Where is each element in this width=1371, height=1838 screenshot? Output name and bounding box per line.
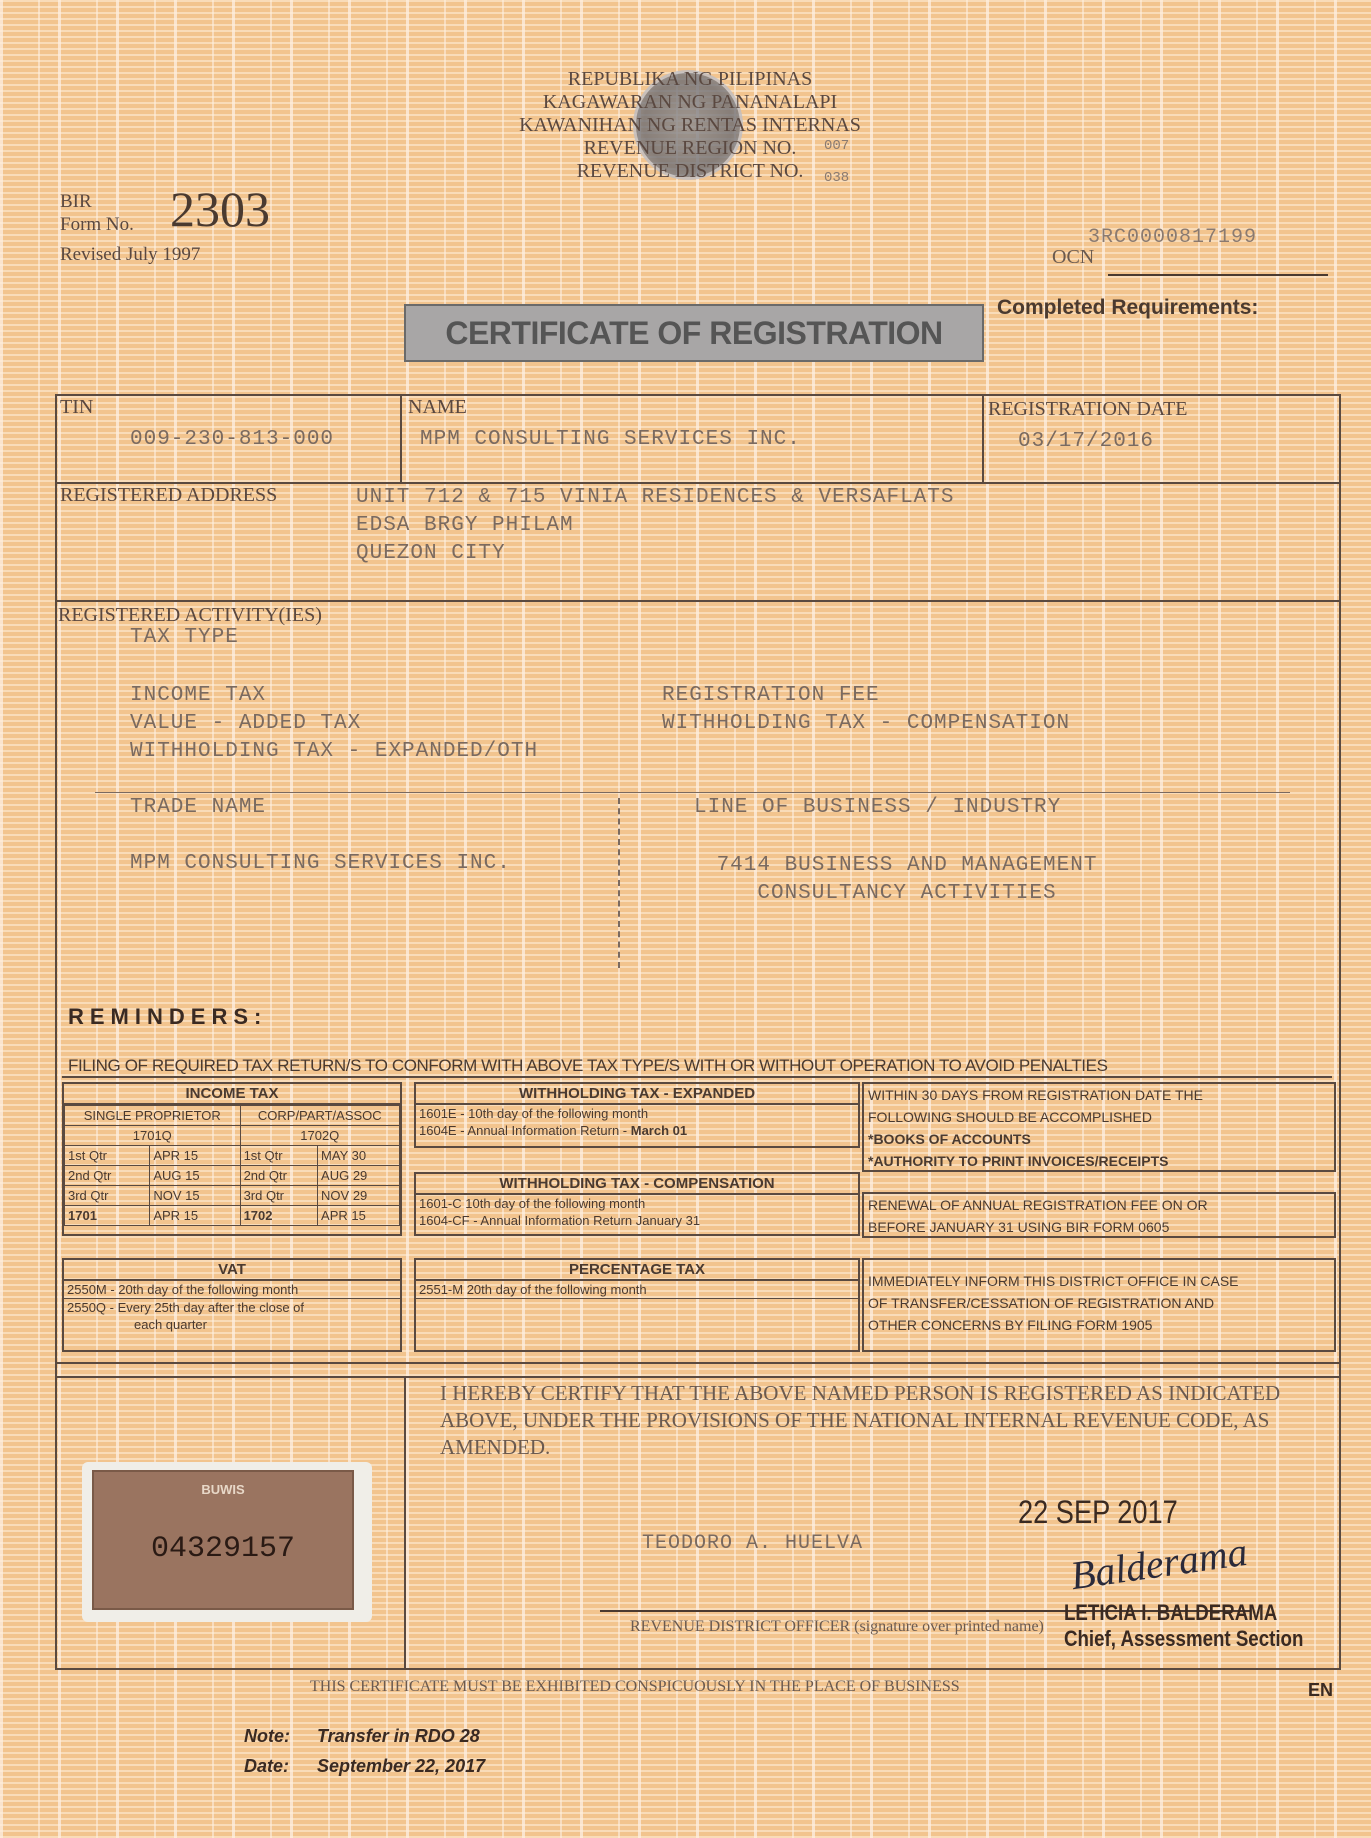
inform-line: IMMEDIATELY INFORM THIS DISTRICT OFFICE …	[864, 1270, 1334, 1292]
footer-code: EN	[1308, 1680, 1333, 1701]
vat-line: 2550M - 20th day of the following month	[64, 1281, 400, 1299]
officer-label: REVENUE DISTRICT OFFICER (signature over…	[630, 1618, 1044, 1636]
page-title: CERTIFICATE OF REGISTRATION	[445, 315, 942, 352]
divider	[55, 600, 1341, 602]
renewal-box: RENEWAL OF ANNUAL REGISTRATION FEE ON OR…	[862, 1192, 1336, 1238]
vat-box: VAT 2550M - 20th day of the following mo…	[62, 1258, 402, 1352]
tax-type-item: REGISTRATION FEE	[662, 682, 1070, 710]
header-line-5: REVENUE DISTRICT NO.	[440, 160, 940, 183]
registered-address-label: REGISTERED ADDRESS	[60, 484, 277, 507]
tin-value: 009-230-813-000	[130, 428, 334, 451]
wt-expanded-box: WITHHOLDING TAX - EXPANDED 1601E - 10th …	[414, 1082, 860, 1148]
date-value: September 22, 2017	[317, 1756, 485, 1777]
tax-type-item: WITHHOLDING TAX - EXPANDED/OTH	[130, 738, 538, 766]
stamp-icon: BUWIS 04329157	[92, 1470, 354, 1610]
cell: NOV 15	[150, 1186, 240, 1206]
registration-date-value: 03/17/2016	[1018, 430, 1154, 453]
table-row: 1701 APR 15 1702 APR 15	[65, 1206, 400, 1226]
stamp-header: BUWIS	[94, 1482, 352, 1497]
line-of-business-line: CONSULTANCY ACTIVITIES	[672, 880, 1142, 908]
col-head: SINGLE PROPRIETOR	[65, 1106, 241, 1126]
income-tax-table: SINGLE PROPRIETOR CORP/PART/ASSOC 1701Q …	[64, 1105, 400, 1226]
income-tax-box: INCOME TAX SINGLE PROPRIETOR CORP/PART/A…	[62, 1082, 402, 1236]
percentage-tax-title: PERCENTAGE TAX	[416, 1260, 858, 1281]
cell: 3rd Qtr	[65, 1186, 150, 1206]
revised-date: Revised July 1997	[60, 244, 200, 266]
divider	[982, 394, 984, 484]
col-head: CORP/PART/ASSOC	[240, 1106, 399, 1126]
percentage-tax-box: PERCENTAGE TAX 2551-M 20th day of the fo…	[414, 1258, 860, 1352]
within-30-days-box: WITHIN 30 DAYS FROM REGISTRATION DATE TH…	[862, 1082, 1336, 1172]
reminder-line: WITHIN 30 DAYS FROM REGISTRATION DATE TH…	[864, 1084, 1334, 1106]
wt-expanded-line: 1604E - Annual Information Return - Marc…	[416, 1122, 858, 1139]
reminder-line: *BOOKS OF ACCOUNTS	[864, 1128, 1334, 1150]
inform-line: OF TRANSFER/CESSATION OF REGISTRATION AN…	[864, 1292, 1334, 1314]
vat-line: each quarter	[64, 1316, 400, 1333]
bir-label: BIR	[60, 190, 134, 213]
cell: 1702	[240, 1206, 317, 1226]
agency-header: REPUBLIKA NG PILIPINAS KAGAWARAN NG PANA…	[440, 68, 940, 183]
note-value: Transfer in RDO 28	[317, 1726, 480, 1747]
address-line-3: QUEZON CITY	[356, 540, 955, 568]
registered-activities-label: REGISTERED ACTIVITY(IES)	[58, 604, 322, 627]
col-form: 1701Q	[65, 1126, 241, 1146]
col-form: 1702Q	[240, 1126, 399, 1146]
stamped-date: 22 SEP 2017	[1018, 1494, 1178, 1531]
cell: APR 15	[150, 1206, 240, 1226]
address-line-1: UNIT 712 & 715 VINIA RESIDENCES & VERSAF…	[356, 484, 955, 512]
note-label: Note:	[244, 1726, 290, 1747]
ocn-label: OCN	[1052, 246, 1094, 269]
ocn-underline	[1108, 274, 1328, 276]
divider	[400, 394, 402, 484]
header-line-2: KAGAWARAN NG PANANALAPI	[440, 91, 940, 114]
cell: 2nd Qtr	[65, 1166, 150, 1186]
line-of-business-value: 7414 BUSINESS AND MANAGEMENT CONSULTANCY…	[672, 852, 1142, 908]
form-number: 2303	[170, 180, 270, 238]
cell: 1st Qtr	[65, 1146, 150, 1166]
divider	[55, 1376, 1341, 1378]
cell: 3rd Qtr	[240, 1186, 317, 1206]
chief-name: LETICIA I. BALDERAMA	[1064, 1600, 1277, 1626]
divider	[95, 792, 1290, 793]
cell: AUG 29	[318, 1166, 400, 1186]
form-no-label: Form No.	[60, 213, 134, 236]
wt-compensation-box: WITHHOLDING TAX - COMPENSATION 1601-C 10…	[414, 1172, 860, 1236]
header-line-1: REPUBLIKA NG PILIPINAS	[440, 68, 940, 91]
tax-type-item: WITHHOLDING TAX - COMPENSATION	[662, 710, 1070, 738]
cell: 1701	[65, 1206, 150, 1226]
documentary-stamp: BUWIS 04329157	[82, 1462, 372, 1622]
wt-compensation-line: 1601-C 10th day of the following month	[416, 1195, 858, 1212]
tax-type-label: TAX TYPE	[130, 626, 239, 649]
tin-label: TIN	[60, 396, 93, 419]
chief-title: Chief, Assessment Section	[1064, 1626, 1303, 1652]
income-tax-title: INCOME TAX	[64, 1084, 400, 1105]
inform-box: IMMEDIATELY INFORM THIS DISTRICT OFFICE …	[862, 1258, 1336, 1352]
address-line-2: EDSA BRGY PHILAM	[356, 512, 955, 540]
renewal-line: BEFORE JANUARY 31 USING BIR FORM 0605	[864, 1216, 1334, 1238]
percentage-tax-line: 2551-M 20th day of the following month	[416, 1281, 858, 1299]
wt-expanded-line: 1601E - 10th day of the following month	[416, 1105, 858, 1122]
date-label: Date:	[244, 1756, 289, 1777]
reminder-line: FOLLOWING SHOULD BE ACCOMPLISHED	[864, 1106, 1334, 1128]
certification-text: I HEREBY CERTIFY THAT THE ABOVE NAMED PE…	[440, 1380, 1320, 1461]
divider	[62, 1076, 1332, 1078]
tax-types-right: REGISTRATION FEE WITHHOLDING TAX - COMPE…	[662, 682, 1070, 738]
tax-types-left: INCOME TAX VALUE - ADDED TAX WITHHOLDING…	[130, 682, 538, 766]
divider	[55, 1362, 1341, 1364]
cell: 1st Qtr	[240, 1146, 317, 1166]
exhibit-notice: THIS CERTIFICATE MUST BE EXHIBITED CONSP…	[310, 1678, 960, 1696]
vat-title: VAT	[64, 1260, 400, 1281]
renewal-line: RENEWAL OF ANNUAL REGISTRATION FEE ON OR	[864, 1194, 1334, 1216]
officer-name: TEODORO A. HUELVA	[642, 1532, 863, 1555]
tax-type-item: VALUE - ADDED TAX	[130, 710, 538, 738]
trade-name-label: TRADE NAME	[130, 796, 266, 819]
table-row: 1st Qtr APR 15 1st Qtr MAY 30	[65, 1146, 400, 1166]
trade-name-value: MPM CONSULTING SERVICES INC.	[130, 852, 511, 875]
stamp-number: 04329157	[94, 1532, 352, 1566]
wt-expanded-title: WITHHOLDING TAX - EXPANDED	[416, 1084, 858, 1105]
wt-compensation-line: 1604-CF - Annual Information Return Janu…	[416, 1212, 858, 1229]
cell: APR 15	[318, 1206, 400, 1226]
revenue-region-number: 007	[824, 138, 849, 154]
table-row: 3rd Qtr NOV 15 3rd Qtr NOV 29	[65, 1186, 400, 1206]
cell: 2nd Qtr	[240, 1166, 317, 1186]
name-value: MPM CONSULTING SERVICES INC.	[420, 428, 801, 451]
cell: NOV 29	[318, 1186, 400, 1206]
vat-line: 2550Q - Every 25th day after the close o…	[64, 1299, 400, 1316]
line-of-business-label: LINE OF BUSINESS / INDUSTRY	[694, 796, 1061, 819]
form-label: BIR Form No.	[60, 190, 134, 236]
table-row: 2nd Qtr AUG 15 2nd Qtr AUG 29	[65, 1166, 400, 1186]
registration-date-label: REGISTRATION DATE	[988, 398, 1187, 421]
registered-address: UNIT 712 & 715 VINIA RESIDENCES & VERSAF…	[356, 484, 955, 568]
name-label: NAME	[408, 396, 467, 419]
divider	[618, 798, 620, 968]
certificate-title-box: CERTIFICATE OF REGISTRATION	[404, 304, 984, 362]
cell: MAY 30	[318, 1146, 400, 1166]
completed-requirements-label: Completed Requirements:	[997, 296, 1258, 320]
tax-type-item: INCOME TAX	[130, 682, 538, 710]
divider	[404, 1376, 406, 1670]
wt-expanded-text: 1604E - Annual Information Return -	[419, 1123, 631, 1138]
cell: APR 15	[150, 1146, 240, 1166]
reminders-title: REMINDERS:	[68, 1004, 267, 1030]
reminder-line: *AUTHORITY TO PRINT INVOICES/RECEIPTS	[864, 1150, 1334, 1172]
revenue-district-number: 038	[824, 170, 849, 186]
wt-expanded-deadline: March 01	[631, 1123, 687, 1138]
header-line-4: REVENUE REGION NO.	[440, 137, 940, 160]
wt-compensation-title: WITHHOLDING TAX - COMPENSATION	[416, 1174, 858, 1195]
filing-notice: FILING OF REQUIRED TAX RETURN/S TO CONFO…	[68, 1056, 1108, 1076]
cell: AUG 15	[150, 1166, 240, 1186]
header-line-3: KAWANIHAN NG RENTAS INTERNAS	[440, 114, 940, 137]
ocn-number: 3RC0000817199	[1088, 226, 1257, 249]
inform-line: OTHER CONCERNS BY FILING FORM 1905	[864, 1314, 1334, 1336]
line-of-business-line: 7414 BUSINESS AND MANAGEMENT	[672, 852, 1142, 880]
